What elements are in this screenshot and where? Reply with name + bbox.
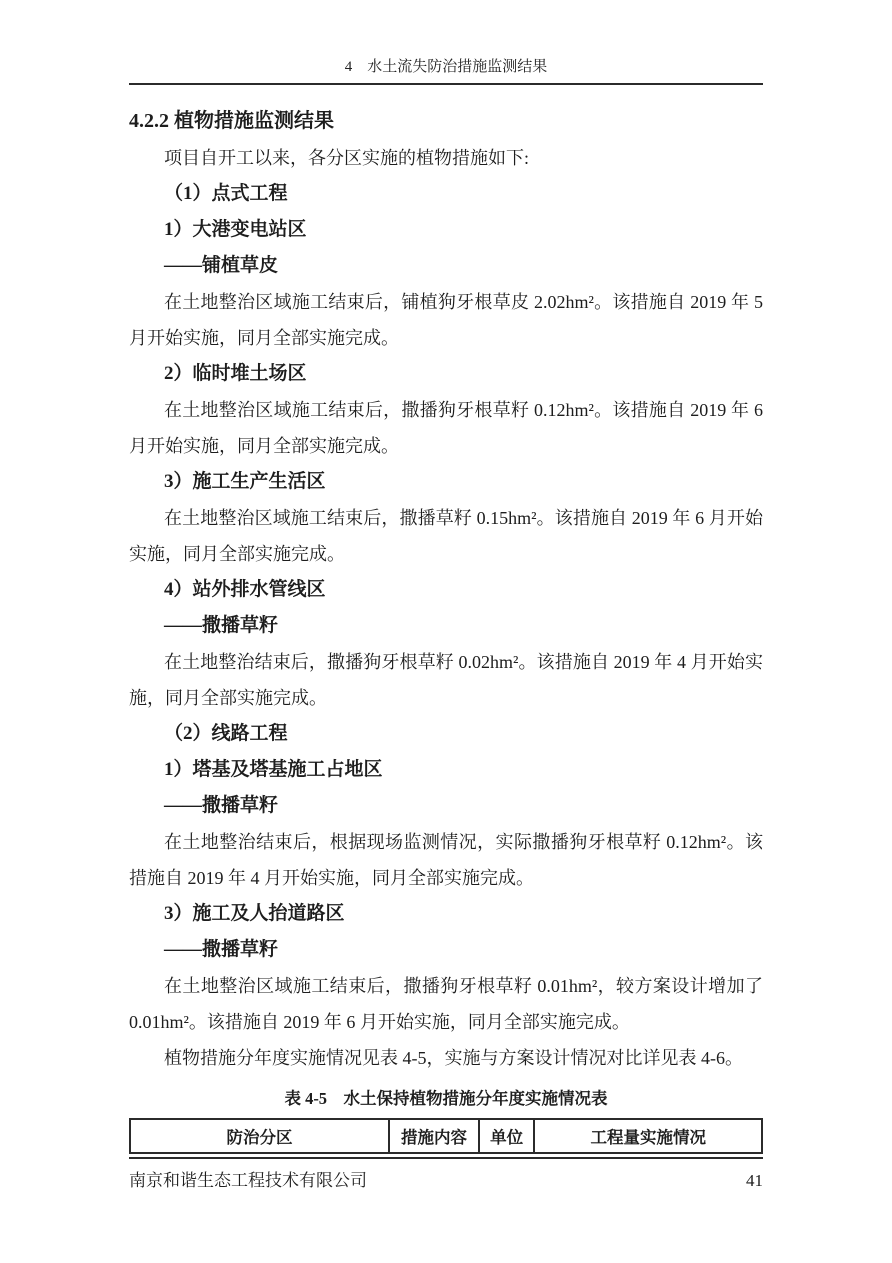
dash-heading-sow-grass-seed: ——撒播草籽 — [129, 932, 763, 968]
table-header-row: 防治分区 措施内容 单位 工程量实施情况 — [130, 1119, 762, 1153]
intro-paragraph: 项目自开工以来，各分区实施的植物措施如下: — [129, 140, 763, 176]
col-header-prevention-zone: 防治分区 — [130, 1119, 389, 1153]
running-header-title: 4 水土流失防治措施监测结果 — [129, 0, 763, 76]
paragraph: 在土地整治区域施工结束后，撒播狗牙根草籽 0.01hm²，较方案设计增加了 0.… — [129, 968, 763, 1040]
dash-heading-sow-grass-seed: ——撒播草籽 — [129, 608, 763, 644]
col-header-measure-content: 措施内容 — [389, 1119, 479, 1153]
footer-company-name: 南京和谐生态工程技术有限公司 — [129, 1166, 367, 1191]
col-header-unit: 单位 — [479, 1119, 535, 1153]
dash-heading-lay-turf: ——铺植草皮 — [129, 248, 763, 284]
vegetation-measures-table: 防治分区 措施内容 单位 工程量实施情况 — [129, 1118, 763, 1154]
paragraph: 在土地整治区域施工结束后，撒播狗牙根草籽 0.12hm²。该措施自 2019 年… — [129, 392, 763, 464]
paragraph: 在土地整治结束后，撒播狗牙根草籽 0.02hm²。该措施自 2019 年 4 月… — [129, 644, 763, 716]
sub-heading-tower-base-area: 1）塔基及塔基施工占地区 — [129, 752, 763, 788]
sub-heading-line-works: （2）线路工程 — [129, 716, 763, 752]
sub-heading-access-road-area: 3）施工及人抬道路区 — [129, 896, 763, 932]
document-body: 4.2.2 植物措施监测结果 项目自开工以来，各分区实施的植物措施如下: （1）… — [129, 102, 763, 1154]
paragraph: 在土地整治结束后，根据现场监测情况，实际撒播狗牙根草籽 0.12hm²。该措施自… — [129, 824, 763, 896]
page-footer: 南京和谐生态工程技术有限公司 41 — [129, 1157, 763, 1191]
paragraph: 在土地整治区域施工结束后，撒播草籽 0.15hm²。该措施自 2019 年 6 … — [129, 500, 763, 572]
dash-heading-sow-grass-seed: ——撒播草籽 — [129, 788, 763, 824]
sub-heading-dagang-substation: 1）大港变电站区 — [129, 212, 763, 248]
sub-heading-temp-spoil-area: 2）临时堆土场区 — [129, 356, 763, 392]
paragraph-table-reference: 植物措施分年度实施情况见表 4-5，实施与方案设计情况对比详见表 4-6。 — [129, 1040, 763, 1076]
header-rule — [129, 83, 763, 85]
page-number: 41 — [746, 1171, 763, 1191]
table-caption: 表 4-5 水土保持植物措施分年度实施情况表 — [129, 1088, 763, 1110]
document-page: 4 水土流失防治措施监测结果 4.2.2 植物措施监测结果 项目自开工以来，各分… — [0, 0, 892, 1263]
sub-heading-point-works: （1）点式工程 — [129, 176, 763, 212]
col-header-work-quantity: 工程量实施情况 — [534, 1119, 762, 1153]
sub-heading-drainage-pipeline: 4）站外排水管线区 — [129, 572, 763, 608]
section-heading: 4.2.2 植物措施监测结果 — [129, 102, 763, 140]
page-header: 4 水土流失防治措施监测结果 — [129, 0, 763, 85]
sub-heading-construction-area: 3）施工生产生活区 — [129, 464, 763, 500]
paragraph: 在土地整治区域施工结束后，铺植狗牙根草皮 2.02hm²。该措施自 2019 年… — [129, 284, 763, 356]
